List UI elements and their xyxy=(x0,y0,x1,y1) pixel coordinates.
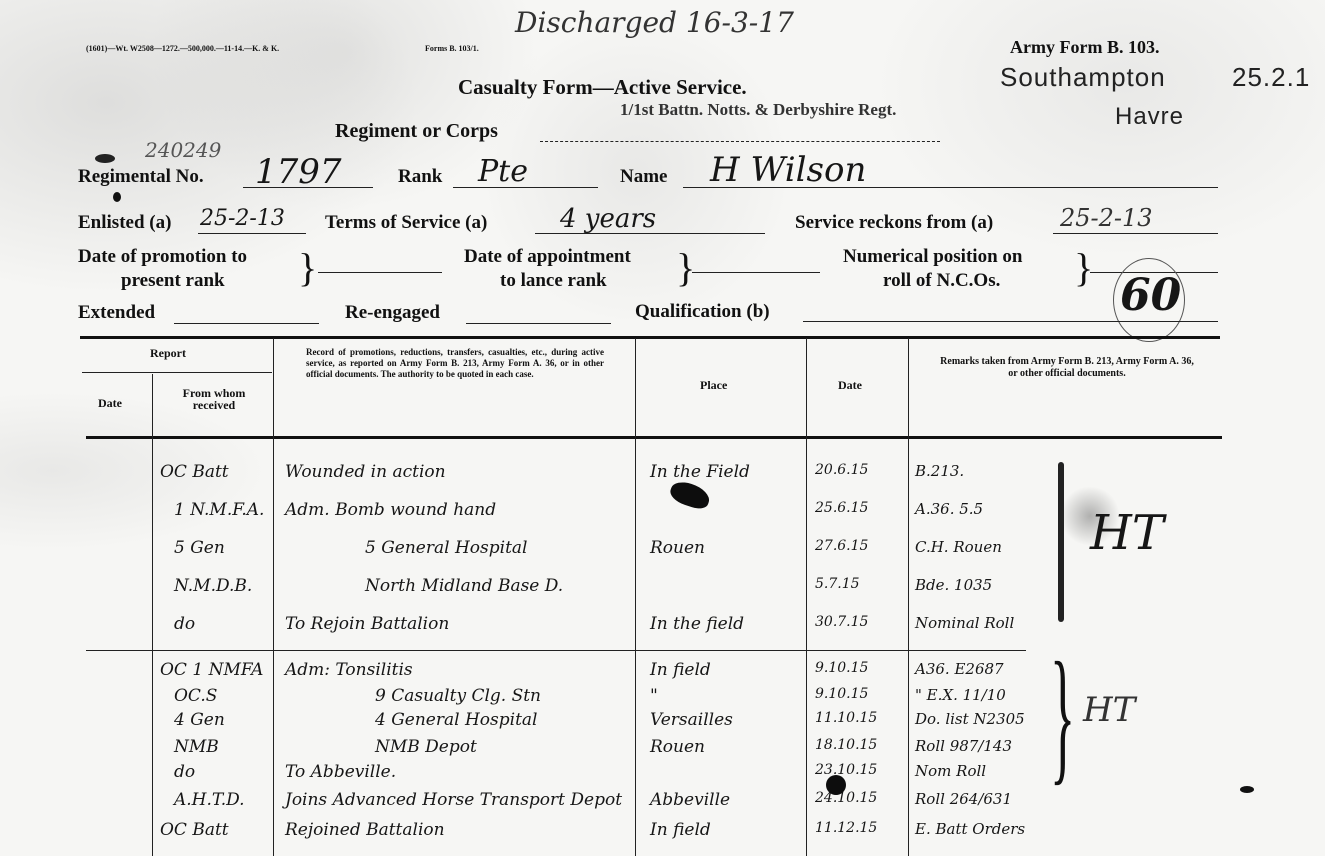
cell-remarks: Bde. 1035 xyxy=(915,576,992,594)
ink-blot xyxy=(95,154,115,163)
ink-blot xyxy=(668,478,713,511)
regimental-no-label: Regimental No. xyxy=(78,166,204,188)
cell-record: 5 General Hospital xyxy=(365,538,527,558)
cell-date2: 23.10.15 xyxy=(815,762,877,778)
qualification-line xyxy=(803,321,1218,322)
cell-place: Abbeville xyxy=(650,790,730,810)
header-from-whom: From whom received xyxy=(160,387,268,411)
discharge-annotation: Discharged 16-3-17 xyxy=(515,6,794,39)
cell-from: OC.S xyxy=(174,686,217,706)
stamp-date: 25.2.1 xyxy=(1232,62,1310,93)
cell-date2: 25.6.15 xyxy=(815,500,868,516)
cell-date2: 27.6.15 xyxy=(815,538,868,554)
cell-from: N.M.D.B. xyxy=(174,576,252,596)
qualification-label: Qualification (b) xyxy=(635,301,770,323)
cell-date2: 20.6.15 xyxy=(815,462,868,478)
cell-place: Rouen xyxy=(650,538,705,558)
old-number-annotation: 240249 xyxy=(145,138,221,162)
cell-from: do xyxy=(174,614,195,634)
header-date2: Date xyxy=(838,378,862,393)
regimental-no-value: 1797 xyxy=(255,152,342,192)
name-label: Name xyxy=(620,166,667,188)
cell-place: Versailles xyxy=(650,710,733,730)
cell-from: OC Batt xyxy=(160,462,229,482)
cell-remarks: A36. E2687 xyxy=(915,660,1004,678)
brace: } xyxy=(298,248,317,288)
cell-from: 5 Gen xyxy=(174,538,225,558)
initials-group-1: HT xyxy=(1090,505,1164,561)
cell-place: Rouen xyxy=(650,737,705,757)
cell-record: Adm: Tonsilitis xyxy=(285,660,413,680)
cell-remarks: Nom Roll xyxy=(915,762,986,780)
ink-blot xyxy=(1240,786,1254,793)
enlisted-value: 25-2-13 xyxy=(200,206,285,231)
form-number: Army Form B. 103. xyxy=(1010,37,1159,58)
cell-place: In the Field xyxy=(650,462,750,482)
cell-from: OC 1 NMFA xyxy=(160,660,263,680)
cell-remarks: E. Batt Orders xyxy=(915,820,1025,838)
cell-from: A.H.T.D. xyxy=(174,790,245,810)
cell-remarks: B.213. xyxy=(915,462,964,480)
enlisted-label: Enlisted (a) xyxy=(78,212,171,234)
cell-place: In the field xyxy=(650,614,744,634)
cell-record: North Midland Base D. xyxy=(365,576,563,596)
regiment-value: 1/1st Battn. Notts. & Derbyshire Regt. xyxy=(620,100,896,120)
cell-remarks: Do. list N2305 xyxy=(915,710,1025,728)
cell-from: 1 N.M.F.A. xyxy=(174,500,264,520)
print-reference: (1601)—Wt. W2508—1272.—500,000.—11-14.—K… xyxy=(86,44,279,53)
brace: } xyxy=(676,248,695,288)
cell-date2: 11.12.15 xyxy=(815,820,877,836)
cell-remarks: Nominal Roll xyxy=(915,614,1014,632)
cell-from: 4 Gen xyxy=(174,710,225,730)
cell-date2: 11.10.15 xyxy=(815,710,877,726)
regiment-label: Regiment or Corps xyxy=(335,120,498,143)
cell-place: " xyxy=(650,686,658,706)
cell-remarks: A.36. 5.5 xyxy=(915,500,983,518)
cell-remarks: C.H. Rouen xyxy=(915,538,1002,556)
scanned-form: (1601)—Wt. W2508—1272.—500,000.—11-14.—K… xyxy=(0,0,1325,856)
cell-record: To Rejoin Battalion xyxy=(285,614,449,634)
terms-value: 4 years xyxy=(560,204,656,234)
reckons-label: Service reckons from (a) xyxy=(795,212,993,234)
promotion-label-1: Date of promotion to xyxy=(78,246,247,268)
initials-group-2: HT xyxy=(1083,690,1135,730)
reengaged-label: Re-engaged xyxy=(345,302,440,324)
ink-blot xyxy=(113,192,121,202)
group-divider xyxy=(86,650,1026,651)
cell-record: Wounded in action xyxy=(285,462,446,482)
lance-line xyxy=(692,272,820,273)
cell-record: To Abbeville. xyxy=(285,762,396,782)
reckons-value: 25-2-13 xyxy=(1060,204,1153,232)
nco-label-1: Numerical position on xyxy=(843,246,1022,268)
header-report: Report xyxy=(150,346,186,361)
header-remarks: Remarks taken from Army Form B. 213, Arm… xyxy=(938,356,1196,380)
promotion-line xyxy=(318,272,442,273)
cell-date2: 9.10.15 xyxy=(815,660,868,676)
cell-record: Rejoined Battalion xyxy=(285,820,445,840)
cell-date2: 24.10.15 xyxy=(815,790,877,806)
cell-record: Joins Advanced Horse Transport Depot xyxy=(285,790,622,810)
brace: } xyxy=(1074,248,1093,288)
nco-label-2: roll of N.C.Os. xyxy=(883,270,1000,292)
cell-record: 9 Casualty Clg. Stn xyxy=(375,686,541,706)
cell-from: OC Batt xyxy=(160,820,229,840)
table-top-rule xyxy=(80,336,1220,339)
cell-from: do xyxy=(174,762,195,782)
header-record: Record of promotions, reductions, transf… xyxy=(306,347,604,380)
cell-place: In field xyxy=(650,660,711,680)
cell-remarks: " E.X. 11/10 xyxy=(915,686,1006,704)
cell-date2: 9.10.15 xyxy=(815,686,868,702)
header-place: Place xyxy=(700,378,727,393)
extended-label: Extended xyxy=(78,302,155,324)
bracket-group-2: } xyxy=(1050,640,1075,790)
enlisted-line xyxy=(198,233,306,234)
reengaged-line xyxy=(466,323,611,324)
header-bottom-rule xyxy=(86,436,1222,439)
col-divider xyxy=(908,338,909,856)
rank-value: Pte xyxy=(478,154,528,189)
header-date: Date xyxy=(98,396,122,411)
cell-remarks: Roll 264/631 xyxy=(915,790,1012,808)
col-divider xyxy=(635,338,636,856)
stamp-havre: Havre xyxy=(1115,103,1184,131)
col-divider xyxy=(806,338,807,856)
lance-label-2: to lance rank xyxy=(500,270,607,292)
cell-record: NMB Depot xyxy=(375,737,477,757)
terms-label: Terms of Service (a) xyxy=(325,212,487,234)
regiment-line xyxy=(540,141,940,142)
cell-record: Adm. Bomb wound hand xyxy=(285,500,496,520)
cell-date2: 30.7.15 xyxy=(815,614,868,630)
ink-blot xyxy=(826,775,846,795)
report-sub-rule xyxy=(82,372,272,373)
reckons-line xyxy=(1053,233,1218,234)
forms-reference: Forms B. 103/1. xyxy=(425,44,479,53)
cell-date2: 5.7.15 xyxy=(815,576,860,592)
promotion-label-2: present rank xyxy=(121,270,225,292)
cell-record: 4 General Hospital xyxy=(375,710,537,730)
cell-place: In field xyxy=(650,820,711,840)
cell-date2: 18.10.15 xyxy=(815,737,877,753)
cell-remarks: Roll 987/143 xyxy=(915,737,1012,755)
lance-label-1: Date of appointment xyxy=(464,246,631,268)
col-divider xyxy=(273,338,274,856)
rank-label: Rank xyxy=(398,166,442,188)
form-title: Casualty Form—Active Service. xyxy=(458,75,747,100)
extended-line xyxy=(174,323,319,324)
nco-value: 60 xyxy=(1120,270,1181,321)
cell-from: NMB xyxy=(174,737,219,757)
stamp-southampton: Southampton xyxy=(1000,62,1166,93)
name-value: H Wilson xyxy=(710,150,866,190)
col-divider xyxy=(152,374,153,856)
